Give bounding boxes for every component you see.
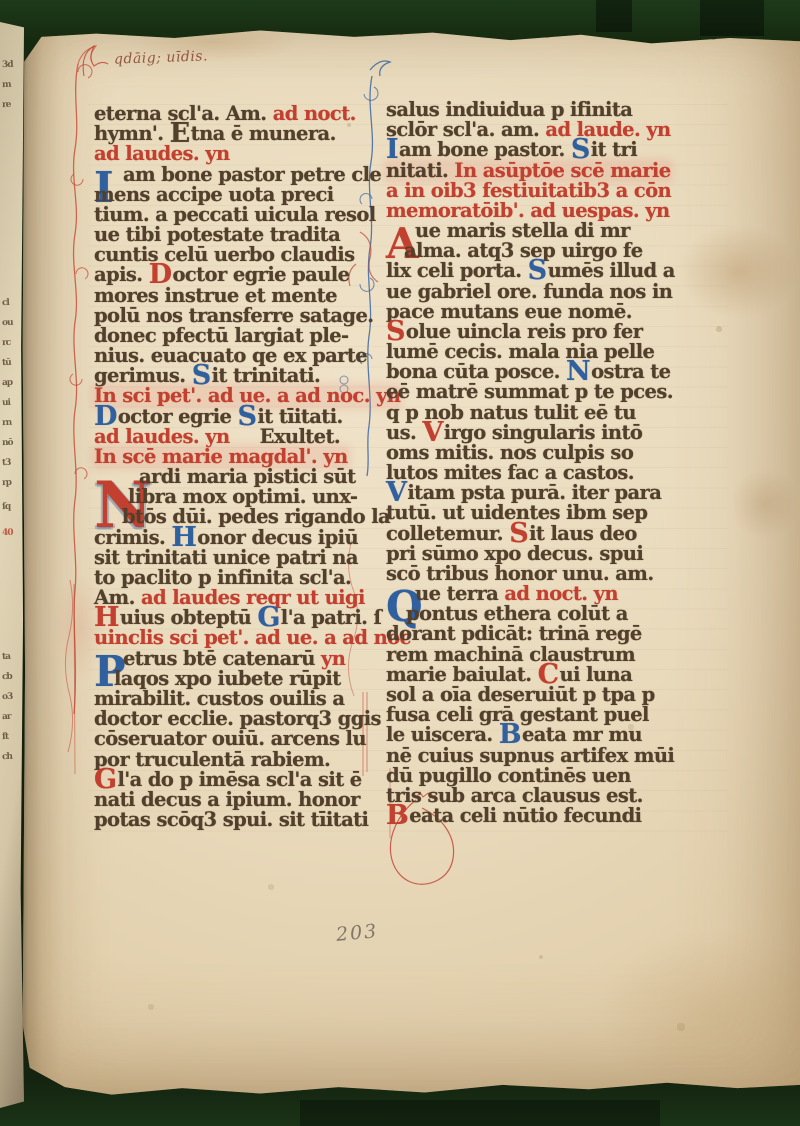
text-line: nē cuius supnus artifex mūi <box>386 746 675 766</box>
photo-background: 3dmreclourctūapuirnnōt3rpſq40tacbo3arſtc… <box>0 0 800 1126</box>
text-line: memoratōib'. ad uespas. yn <box>386 201 675 221</box>
text-line: uinclis sci pet'. ad ue. a ad noc <box>94 628 411 648</box>
header-annotation: qdāig; uīdis. <box>114 48 208 67</box>
text-line: dū pugillo continēs uen <box>386 766 675 786</box>
edge-text-fragment: tū <box>2 358 11 368</box>
edge-text-fragment: 40 <box>2 528 13 538</box>
text-line: salus indiuidua p ifinita <box>386 100 675 120</box>
edge-text-fragment: nō <box>2 438 13 448</box>
text-line: marie baiulat. Cui luna <box>386 665 675 685</box>
stain <box>678 224 798 319</box>
folio-number: 203 <box>335 920 379 946</box>
edge-text-fragment: ſq <box>2 502 11 512</box>
text-line: Iam bone pastor. Sit tri <box>386 140 675 160</box>
text-line: sit trinitati unice patri na <box>94 548 411 568</box>
illuminated-initial: B <box>386 800 408 831</box>
text-segment: eata celi nūtio fecundi <box>409 804 641 827</box>
edge-text-fragment: re <box>2 100 11 110</box>
text-line: ad laudes. ynExultet. <box>94 427 411 447</box>
text-line: Nardi maria pistici sūt <box>94 467 411 487</box>
edge-text-fragment: rp <box>2 478 11 488</box>
edge-text-fragment: 3d <box>2 60 13 70</box>
text-line: to paclito p infinita scl'a. <box>94 568 411 588</box>
text-line: rem machinā claustrum <box>386 645 675 665</box>
text-line: Huius obteptū Gl'a patri. ſ <box>94 608 411 628</box>
text-line: sol a oīa deseruiūt p tpa p <box>386 685 675 705</box>
edge-text-fragment: ui <box>2 398 10 408</box>
text-line: tium. a peccati uicula resol <box>94 205 411 225</box>
text-line: In scē marie magdal'. yn <box>94 447 348 467</box>
text-line: bona cūta posce. Nostra te <box>386 362 675 382</box>
edge-text-fragment: t3 <box>2 458 11 468</box>
text-line: mens accipe uota preci <box>94 185 411 205</box>
edge-text-fragment: ta <box>2 652 10 662</box>
gutter-shadow <box>18 24 96 1100</box>
background-shadow <box>700 0 764 36</box>
illuminated-initial: P <box>94 649 120 667</box>
illuminated-initial: N <box>94 467 136 485</box>
text-column-left: eterna scl'a. Am. ad noct.hymn'. Etna ē … <box>94 104 411 830</box>
edge-text-fragment: rc <box>2 338 11 348</box>
background-shadow <box>300 1100 660 1126</box>
text-line: cōseruator ouiū. arcens lu <box>94 729 411 749</box>
background-shadow <box>596 0 632 32</box>
speck-marks <box>18 24 20 26</box>
text-line: por truculentā rabiem. <box>94 750 411 770</box>
manuscript-page: qdāig; uīdis. eterna scl'a. Am. ad noct.… <box>18 24 800 1100</box>
text-line: libra mox optimi. unx- <box>94 487 411 507</box>
edge-text-fragment: ſt <box>2 732 8 742</box>
edge-text-fragment: ar <box>2 712 11 722</box>
edge-text-fragment: ou <box>2 318 13 328</box>
text-line: pace mutans eue nomē. <box>386 302 675 322</box>
text-line: Beata celi nūtio fecundi <box>386 806 675 826</box>
text-line: crimis. Honor decus ipiū <box>94 528 411 548</box>
text-line: a in oib3 festiuitatib3 a cōn <box>386 181 675 201</box>
text-line: hymn'. Etna ē munera. <box>94 124 411 144</box>
illuminated-initial: Q <box>386 584 412 602</box>
text-line: ue gabriel ore. funda nos in <box>386 282 675 302</box>
edge-text-fragment: ap <box>2 378 12 388</box>
edge-text-fragment: cl <box>2 298 9 308</box>
text-line: Iam bone pastor petre cle <box>94 165 411 185</box>
text-line: nati decus a ipium. honor <box>94 790 411 810</box>
text-line: Aue maris stella di mr <box>386 221 675 241</box>
text-line: donec pfectū largiat ple- <box>94 326 411 346</box>
text-line: Petrus btē catenarū yn <box>94 649 411 669</box>
text-column-right: salus indiuidua p ifinitasclōr scl'a. am… <box>386 100 675 826</box>
previous-page-edge: 3dmreclourctūapuirnnōt3rpſq40tacbo3arſtc… <box>0 22 24 1108</box>
text-line: gerimus. Sit trinitati. <box>94 366 411 386</box>
text-line: tutū. ut uidentes ibm sep <box>386 503 675 523</box>
text-line: eē matrē summat p te pces. <box>386 382 675 402</box>
text-line: laqos xpo iubete rūpit <box>94 669 411 689</box>
stain <box>730 469 800 539</box>
text-line: ue tibi potestate tradita <box>94 225 411 245</box>
text-line: mirabilit. custos ouilis a <box>94 689 411 709</box>
text-line: Solue uincla reis pro fer <box>386 322 675 342</box>
illuminated-initial: I <box>94 165 120 183</box>
text-line: colletemur. Sit laus deo <box>386 524 675 544</box>
text-line: doctor ecclie. pastorq3 ggis <box>94 709 411 729</box>
edge-text-fragment: o3 <box>2 692 13 702</box>
text-line: us. Virgo singularis intō <box>386 423 675 443</box>
text-line: apis. Doctor egrie paule <box>94 265 411 285</box>
text-line: scō tribus honor unu. am. <box>386 564 675 584</box>
text-line: Doctor egrie Sit tīitati. <box>94 407 411 427</box>
text-line: btōs dūi. pedes rigando la <box>94 507 411 527</box>
text-line: dorant pdicāt: trinā regē <box>386 624 675 644</box>
text-line: Gl'a do p imēsa scl'a sit ē <box>94 770 411 790</box>
text-line: lix celi porta. Sumēs illud a <box>386 261 675 281</box>
edge-text-fragment: ch <box>2 752 12 762</box>
text-line: tris sub arca clausus est. <box>386 786 675 806</box>
edge-text-fragment: cb <box>2 672 12 682</box>
text-line: nitati. In asūptōe scē marie <box>386 161 671 181</box>
text-line: le uiscera. Beata mr mu <box>386 725 675 745</box>
stain <box>598 929 800 1099</box>
text-line: pri sūmo xpo decus. spui <box>386 544 675 564</box>
text-line: oms mitis. nos culpis so <box>386 443 675 463</box>
text-line: potas scōq3 spui. sit tīitati <box>94 810 411 830</box>
text-line: polū nos transferre satage. <box>94 306 411 326</box>
text-line: Que terra ad noct. yn <box>386 584 675 604</box>
text-line: pontus ethera colūt a <box>386 604 675 624</box>
edge-text-fragment: rn <box>2 418 12 428</box>
edge-text-fragment: m <box>2 80 11 90</box>
text-line: ad laudes. yn <box>94 144 411 164</box>
text-segment: potas scōq3 spui. sit tīitati <box>94 808 368 831</box>
text-line: mores instrue et mente <box>94 286 411 306</box>
text-line: Vitam psta purā. iter para <box>386 483 675 503</box>
illuminated-initial: A <box>386 221 412 239</box>
